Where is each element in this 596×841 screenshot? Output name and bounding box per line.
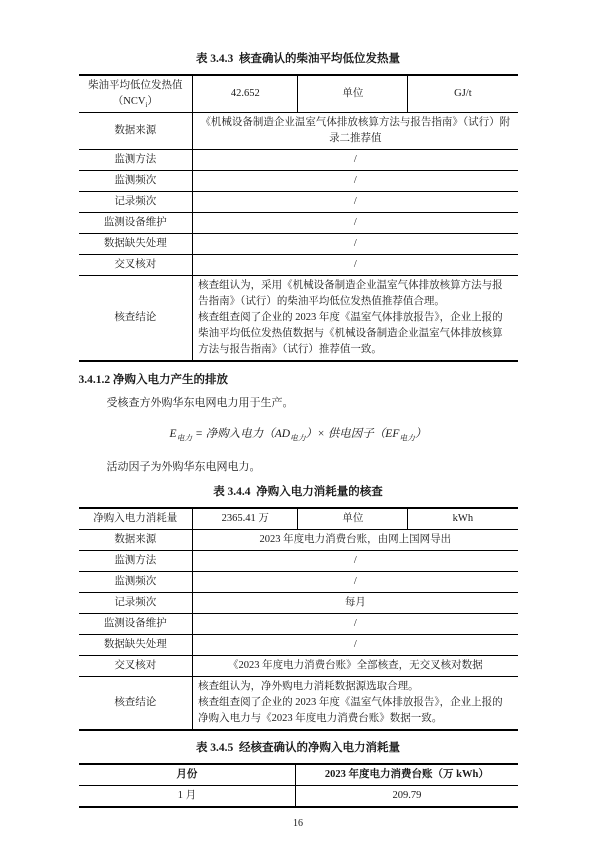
row-label: 记录频次 (79, 192, 193, 213)
emission-formula: E电力 = 净购入电力（AD电力）× 供电因子（EF电力） (79, 425, 518, 443)
ncv-unit-value: GJ/t (408, 75, 518, 113)
electricity-unit-label: 单位 (298, 508, 408, 530)
row-label: 监测频次 (79, 171, 193, 192)
conclusion-paragraph-1: 核查组认为，采用《机械设备制造企业温室气体排放核算方法与报告指南》（试行）的柴油… (198, 278, 512, 310)
table-3-4-4-title: 表 3.4.4 净购入电力消耗量的核查 (79, 485, 518, 500)
ncv-paren-close: ） (147, 96, 158, 107)
row-label: 交叉核对 (79, 255, 193, 276)
formula-var-e-subscript: 电力 (177, 433, 193, 442)
row-value: / (193, 192, 518, 213)
formula-close-paren: ） (415, 428, 427, 440)
table-row: 数据缺失处理 / (79, 635, 518, 656)
row-label: 监测方法 (79, 551, 193, 572)
row-value: / (193, 572, 518, 593)
electricity-value: 2365.41 万 (193, 508, 298, 530)
table-row: 数据来源 2023 年度电力消费台账，由网上国网导出 (79, 530, 518, 551)
row-label: 监测频次 (79, 572, 193, 593)
table-row-conclusion: 核查结论 核查组认为，净外购电力消耗数据源选取合理。 核查组查阅了企业的 202… (79, 677, 518, 731)
row-label: 记录频次 (79, 593, 193, 614)
row-value: 每月 (193, 593, 518, 614)
table-row: 1 月 209.79 (79, 786, 518, 808)
table-row: 数据来源 《机械设备制造企业温室气体排放核算方法与报告指南》（试行）附录二推荐值 (79, 113, 518, 150)
row-value: 2023 年度电力消费台账，由网上国网导出 (193, 530, 518, 551)
value-column-header: 2023 年度电力消费台账（万 kWh） (296, 764, 518, 786)
ncv-label: 柴油平均低位发热值 （NCVi） (79, 75, 193, 113)
conclusion-paragraph-2: 核查组查阅了企业的 2023 年度《温室气体排放报告》，企业上报的净购入电力与《… (198, 695, 512, 727)
table-row: 记录频次 / (79, 192, 518, 213)
table-row: 记录频次 每月 (79, 593, 518, 614)
table-row: 净购入电力消耗量 2365.41 万 单位 kWh (79, 508, 518, 530)
row-value: / (193, 635, 518, 656)
electricity-unit-value: kWh (408, 508, 518, 530)
row-value: / (193, 551, 518, 572)
row-label: 数据缺失处理 (79, 234, 193, 255)
row-label: 监测设备维护 (79, 213, 193, 234)
row-label: 监测设备维护 (79, 614, 193, 635)
conclusion-value: 核查组认为，净外购电力消耗数据源选取合理。 核查组查阅了企业的 2023 年度《… (193, 677, 518, 731)
table-row: 监测方法 / (79, 551, 518, 572)
row-value: / (193, 234, 518, 255)
row-label: 交叉核对 (79, 656, 193, 677)
row-value: / (193, 213, 518, 234)
row-value: / (193, 255, 518, 276)
row-value: / (193, 150, 518, 171)
conclusion-paragraph-2: 核查组查阅了企业的 2023 年度《温室气体排放报告》，企业上报的柴油平均低位发… (198, 310, 512, 358)
table-row: 监测设备维护 / (79, 213, 518, 234)
formula-ef-term: ）× 供电因子（EF (306, 428, 400, 440)
conclusion-paragraph-1: 核查组认为，净外购电力消耗数据源选取合理。 (198, 679, 512, 695)
page-number: 16 (79, 818, 518, 829)
row-value: 《2023 年度电力消费台账》全部核查，无交叉核对数据 (193, 656, 518, 677)
table-row: 交叉核对 《2023 年度电力消费台账》全部核查，无交叉核对数据 (79, 656, 518, 677)
monthly-electricity-table: 月份 2023 年度电力消费台账（万 kWh） 1 月 209.79 (79, 763, 518, 808)
section-heading: 3.4.1.2 净购入电力产生的排放 (79, 372, 518, 388)
section-paragraph-2: 活动因子为外购华东电网电力。 (79, 459, 518, 475)
diesel-ncv-table: 柴油平均低位发热值 （NCVi） 42.652 单位 GJ/t 数据来源 《机械… (79, 74, 518, 362)
table-row: 监测方法 / (79, 150, 518, 171)
table-row: 数据缺失处理 / (79, 234, 518, 255)
conclusion-value: 核查组认为，采用《机械设备制造企业温室气体排放核算方法与报告指南》（试行）的柴油… (193, 276, 518, 362)
table-row-conclusion: 核查结论 核查组认为，采用《机械设备制造企业温室气体排放核算方法与报告指南》（试… (79, 276, 518, 362)
formula-var-e: E (170, 428, 177, 440)
ncv-label-line1: 柴油平均低位发热值 (84, 78, 188, 94)
value-cell: 209.79 (296, 786, 518, 808)
row-label: 数据来源 (79, 113, 193, 150)
row-label: 数据缺失处理 (79, 635, 193, 656)
section-paragraph-1: 受核查方外购华东电网电力用于生产。 (79, 395, 518, 411)
table-row: 交叉核对 / (79, 255, 518, 276)
ncv-label-line2: （NCVi） (84, 94, 188, 110)
table-row: 监测频次 / (79, 171, 518, 192)
row-label: 监测方法 (79, 150, 193, 171)
row-value: / (193, 614, 518, 635)
month-column-header: 月份 (79, 764, 296, 786)
table-row: 监测频次 / (79, 572, 518, 593)
month-cell: 1 月 (79, 786, 296, 808)
ncv-value: 42.652 (193, 75, 298, 113)
table-row: 监测设备维护 / (79, 614, 518, 635)
conclusion-label: 核查结论 (79, 276, 193, 362)
document-page: 表 3.4.3 核查确认的柴油平均低位发热量 柴油平均低位发热值 （NCVi） … (79, 0, 518, 829)
electricity-verification-table: 净购入电力消耗量 2365.41 万 单位 kWh 数据来源 2023 年度电力… (79, 507, 518, 731)
electricity-label: 净购入电力消耗量 (79, 508, 193, 530)
table-3-4-3-title: 表 3.4.3 核查确认的柴油平均低位发热量 (79, 52, 518, 67)
row-value: / (193, 171, 518, 192)
row-label: 数据来源 (79, 530, 193, 551)
row-value: 《机械设备制造企业温室气体排放核算方法与报告指南》（试行）附录二推荐值 (193, 113, 518, 150)
formula-ef-subscript: 电力 (399, 433, 415, 442)
conclusion-label: 核查结论 (79, 677, 193, 731)
formula-ad-subscript: 电力 (290, 433, 306, 442)
formula-ad-term: = 净购入电力（AD (192, 428, 290, 440)
ncv-paren-open: （NCV (113, 96, 146, 107)
table-header-row: 月份 2023 年度电力消费台账（万 kWh） (79, 764, 518, 786)
ncv-unit-label: 单位 (298, 75, 408, 113)
table-3-4-5-title: 表 3.4.5 经核查确认的净购入电力消耗量 (79, 741, 518, 756)
table-row: 柴油平均低位发热值 （NCVi） 42.652 单位 GJ/t (79, 75, 518, 113)
